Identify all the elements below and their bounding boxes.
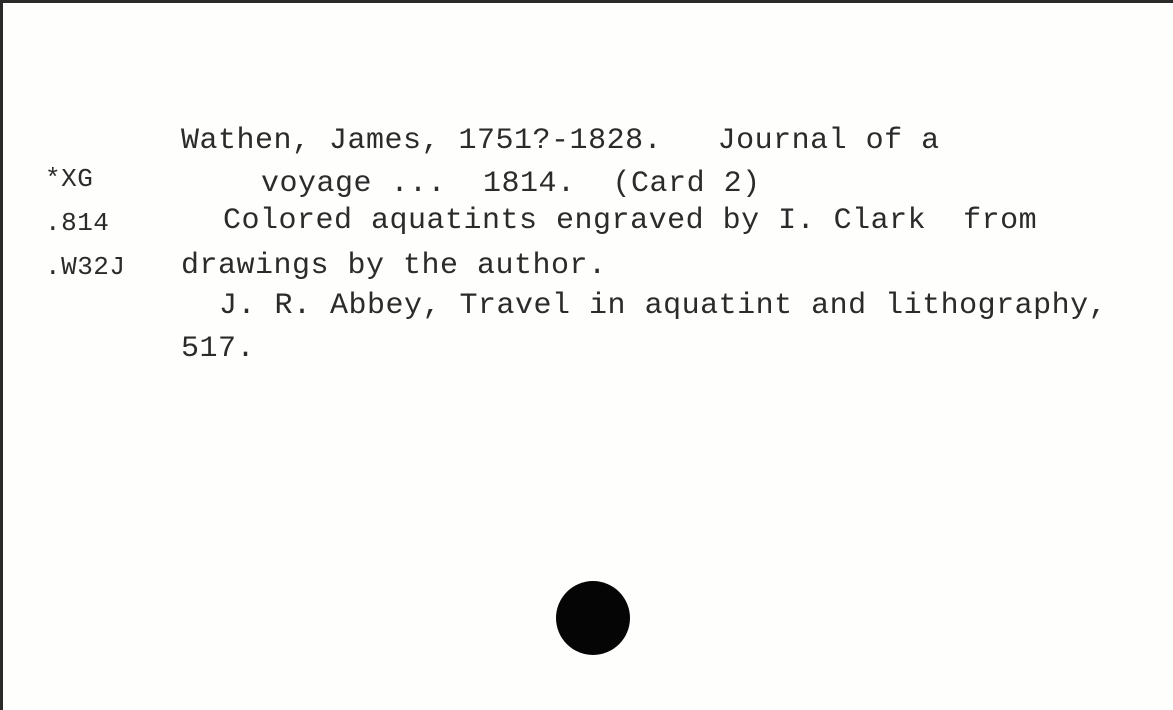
entry-note-2a: J. R. Abbey, Travel in aquatint and lith…: [219, 288, 1107, 324]
call-number-line-3: .W32J: [45, 249, 126, 285]
call-number-line-1: *XG: [45, 161, 93, 197]
punch-hole: [556, 581, 630, 655]
entry-note-2b: 517.: [181, 331, 255, 367]
call-number-line-2: .814: [45, 205, 109, 241]
catalog-card: *XG .814 .W32J Wathen, James, 1751?-1828…: [0, 0, 1173, 710]
entry-title-continued: voyage ... 1814. (Card 2): [261, 166, 761, 202]
entry-note-1b: drawings by the author.: [181, 248, 607, 284]
entry-note-1a: Colored aquatints engraved by I. Clark f…: [223, 203, 1037, 239]
entry-heading: Wathen, James, 1751?-1828. Journal of a: [181, 123, 940, 159]
